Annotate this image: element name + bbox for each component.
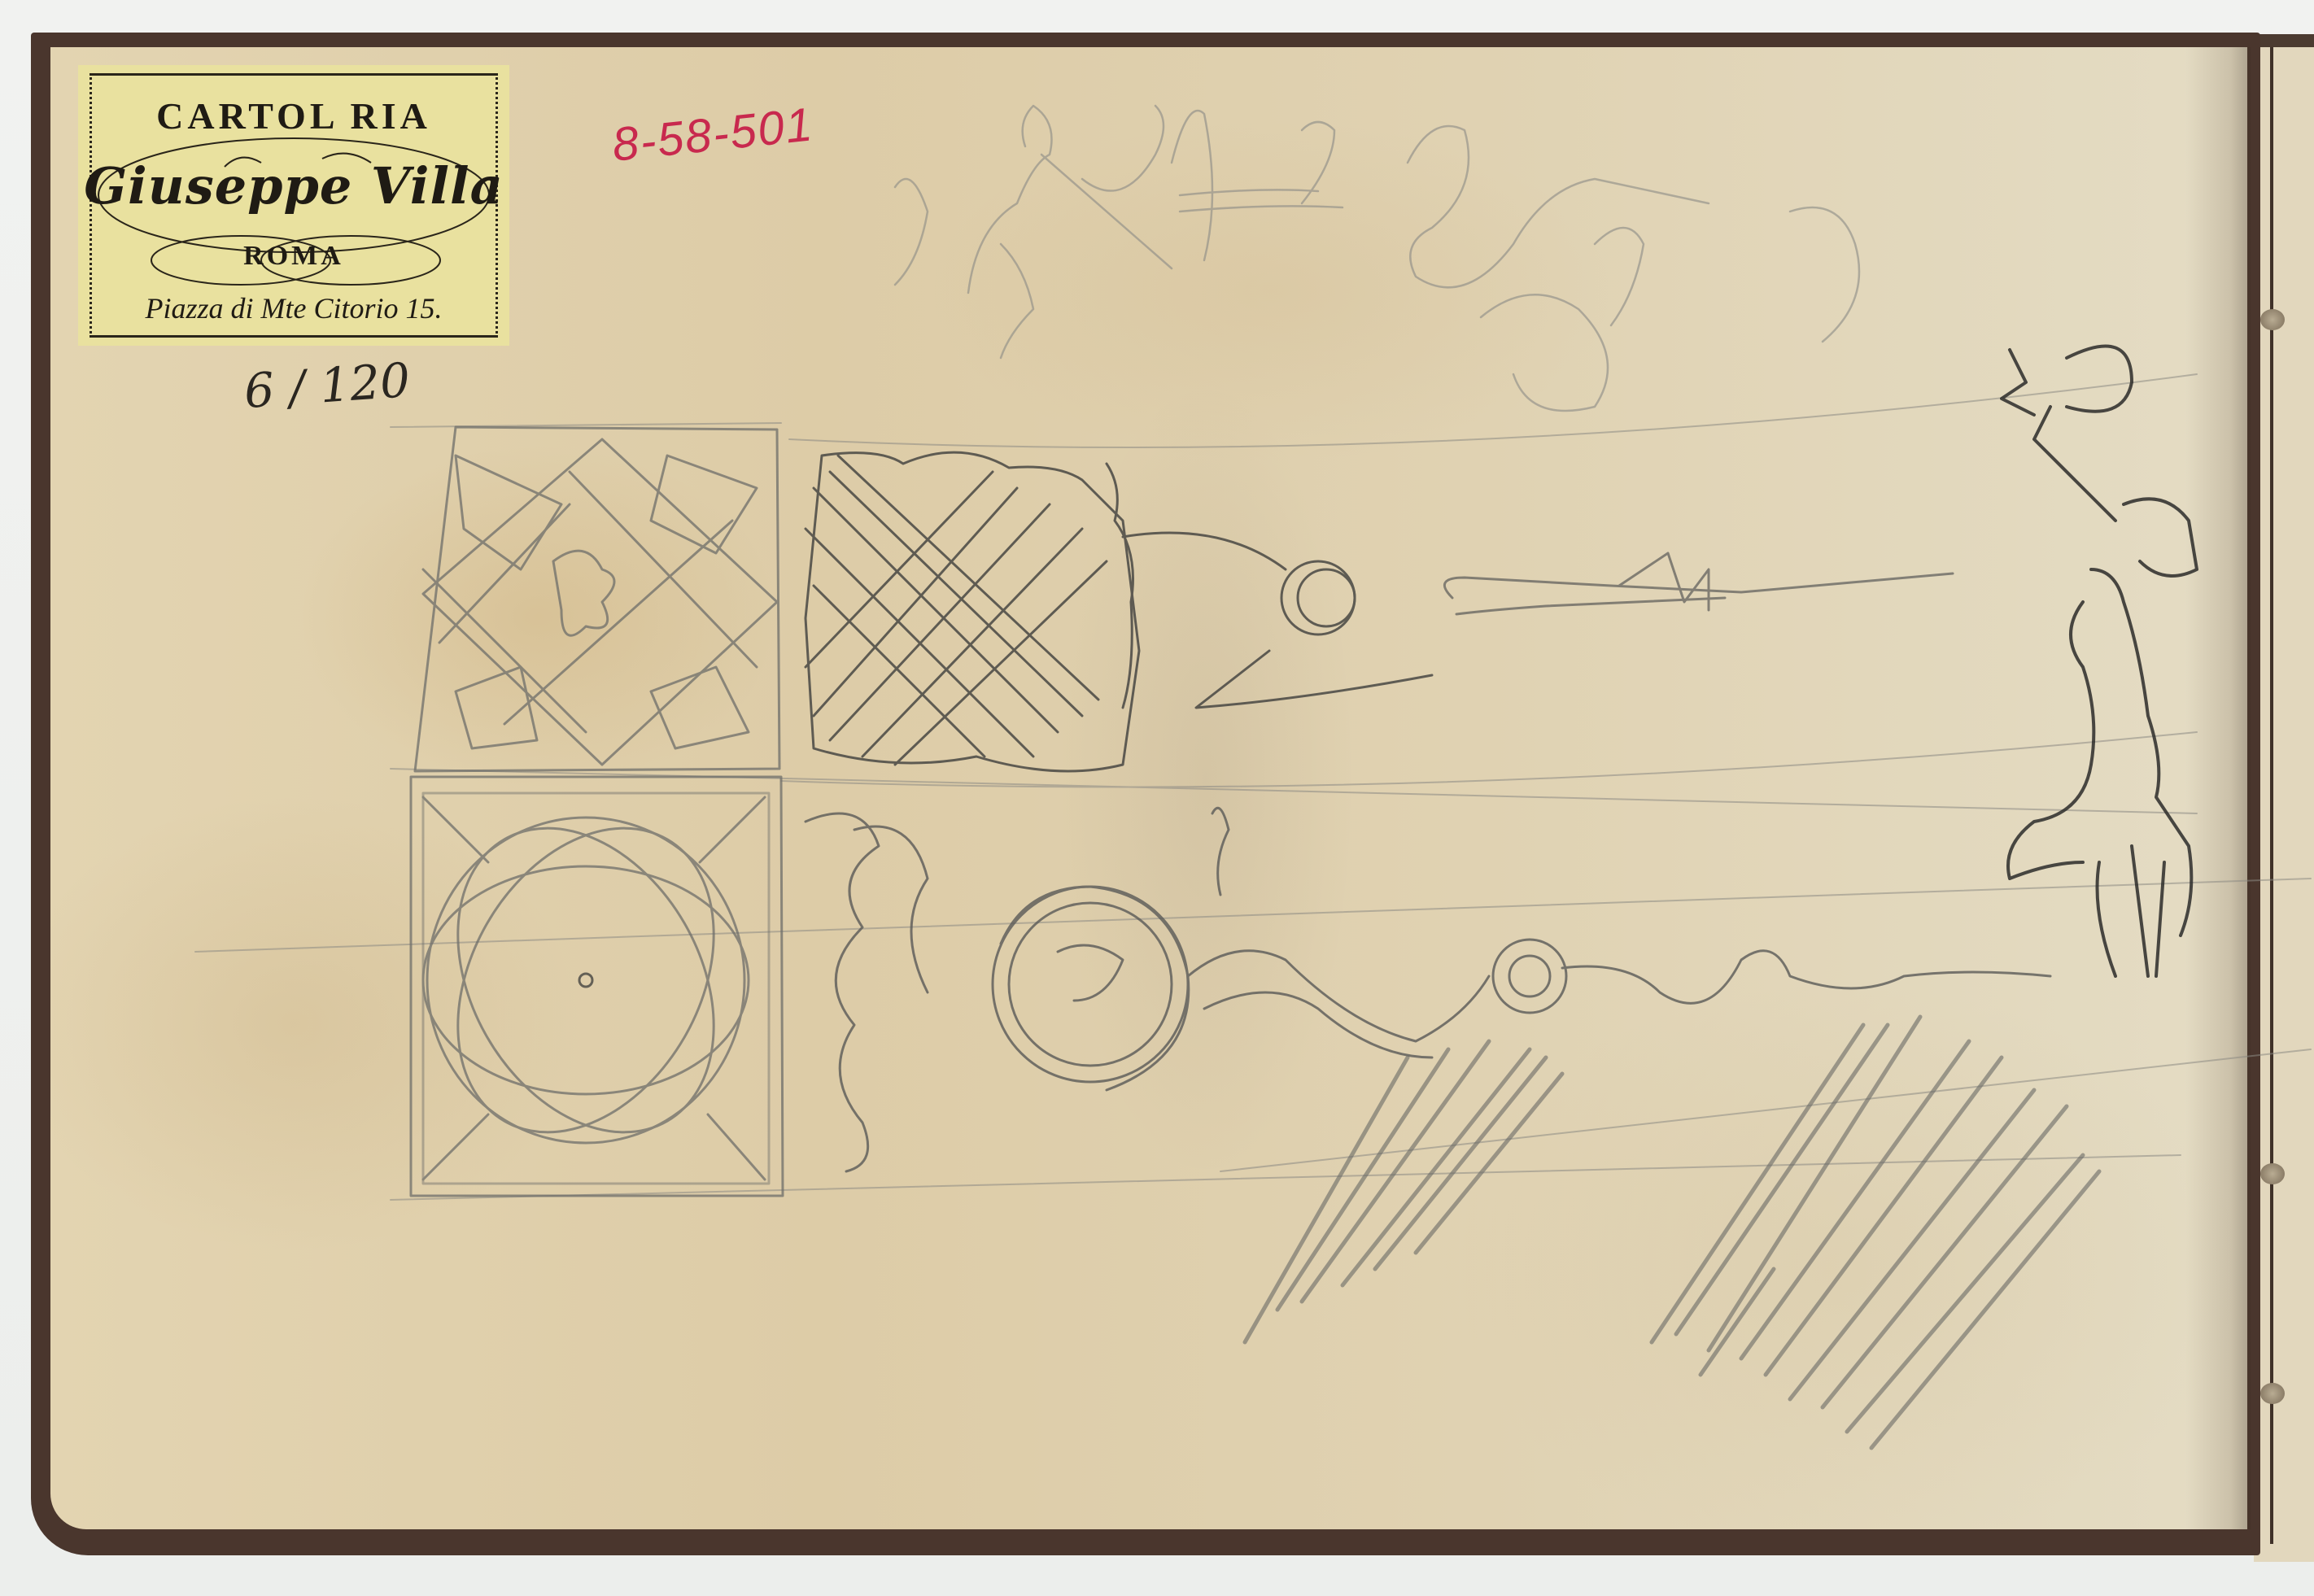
label-owner-name: Giuseppe Villa	[78, 156, 509, 216]
diagonal-hatching	[1245, 1017, 2099, 1448]
loose-scribbles	[895, 106, 1859, 411]
rosette-circle-tile	[406, 777, 783, 1196]
pencil-reference-note: 6 / 120	[242, 352, 412, 419]
crosshatched-study	[806, 452, 1432, 771]
label-address: Piazza di Mte Citorio 15.	[78, 291, 509, 325]
label-shop-type: CARTOL RIA	[78, 94, 509, 137]
stationer-label: CARTOL RIA Giuseppe Villa ROMA Piazza di…	[78, 65, 509, 346]
ribbon-line	[1444, 553, 1953, 614]
guide-lines	[195, 374, 2311, 1200]
standing-figure	[2002, 346, 2197, 976]
lattice-square-tile	[415, 427, 779, 771]
acanthus-scroll-frieze	[806, 808, 2050, 1171]
label-city: ROMA	[78, 241, 509, 272]
